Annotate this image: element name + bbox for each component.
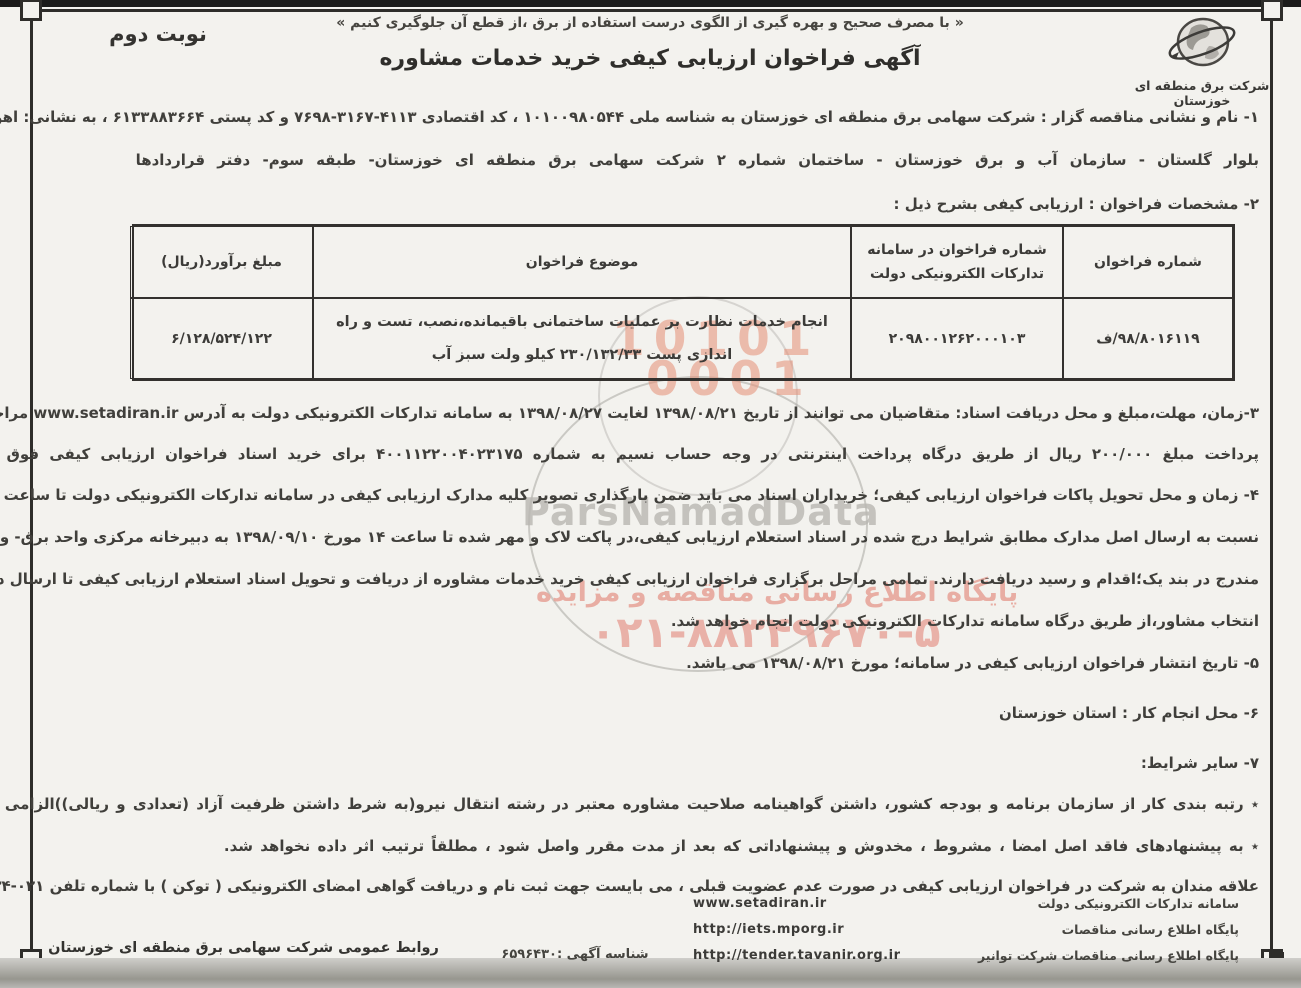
clause-4-line-4: انتخاب مشاور،از طریق درگاه سامانه تدارکا… [43, 608, 1259, 634]
footer-site-label-iets: پایگاه اطلاع رسانی مناقصات [939, 922, 1239, 937]
clause-4-line-2: نسبت به ارسال اصل مدارک مطابق شرایط درج … [43, 524, 1259, 550]
company-logo-icon [1163, 12, 1241, 76]
table-header-call-number: شماره فراخوان [1063, 226, 1233, 298]
tender-table: شماره فراخوان شماره فراخوان در سامانه تد… [132, 224, 1235, 381]
table-header-estimate: مبلغ برآورد(ریال) [130, 226, 313, 298]
table-header-subject: موضوع فراخوان [313, 226, 851, 298]
footer-site-label-tavanir: پایگاه اطلاع رسانی مناقصات شرکت توانیر [939, 948, 1239, 963]
clause-2: ۲- مشخصات فراخوان : ارزیابی کیفی بشرح ذی… [43, 191, 1259, 217]
clause-4-line-1: ۴- زمان و محل تحویل پاکات فراخوان ارزیاب… [43, 482, 1259, 508]
clause-7: ۷- سایر شرایط: [43, 750, 1259, 776]
footer-site-url-tavanir: http://tender.tavanir.org.ir [693, 948, 933, 963]
footer-site-label-setad: سامانه تدارکات الکترونیکی دولت [939, 896, 1239, 911]
clause-3-line-2: پرداخت مبلغ ۲۰۰/۰۰۰ ریال از طریق درگاه پ… [43, 441, 1259, 467]
footer-site-url-iets: http://iets.mporg.ir [693, 922, 933, 937]
table-cell-estimate: ۶/۱۲۸/۵۲۴/۱۲۲ [130, 298, 313, 379]
table-cell-subject: انجام خدمات نظارت بر عملیات ساختمانی باق… [313, 298, 851, 379]
public-relations-signature: روابط عمومی شرکت سهامی برق منطقه ای خوزس… [36, 940, 451, 956]
footer-site-url-setad: www.setadiran.ir [693, 896, 933, 911]
condition-note-2: ٭ به پیشنهادهای فاقد اصل امضا ، مشروط ، … [43, 833, 1259, 859]
ad-identifier: شناسه آگهی :۶۵۹۶۴۳۰ [470, 947, 680, 962]
clause-4-line-3: مندرج در بند یک؛اقدام و رسید دریافت دارن… [43, 566, 1259, 592]
page-title: آگهی فراخوان ارزیابی کیفی خرید خدمات مشا… [285, 46, 1015, 71]
condition-note-1: ٭ رتبه بندی کار از سازمان برنامه و بودجه… [43, 791, 1259, 817]
clause-5: ۵- تاریخ انتشار فراخوان ارزیابی کیفی در … [43, 650, 1259, 676]
clause-6: ۶- محل انجام کار : استان خوزستان [43, 700, 1259, 726]
clause-1-line-2: بلوار گلستان - سازمان آب و برق خوزستان -… [43, 147, 1259, 173]
clause-1-line-1: ۱- نام و نشانی مناقصه گزار : شرکت سهامی … [43, 104, 1259, 130]
table-cell-setad-number: ۲۰۹۸۰۰۱۲۶۲۰۰۰۱۰۳ [851, 298, 1063, 379]
document-content: نوبت دوم « با مصرف صحیح و بهره گیری از ا… [0, 0, 1301, 988]
round-note: نوبت دوم [78, 22, 238, 46]
company-logo-block: شرکت برق منطقه ای خوزستان [1122, 12, 1282, 108]
scanned-tender-announcement: 10101 0001 ParsNamadData پایگاه اطلاع رس… [0, 0, 1301, 988]
table-cell-call-number: ۹۸/۸۰۱۶۱۱۹/ف [1063, 298, 1233, 379]
clause-3-line-1: ۳-زمان، مهلت،مبلغ و محل دریافت اسناد: مت… [43, 400, 1259, 426]
table-header-setad-number: شماره فراخوان در سامانه تدارکات الکترونی… [851, 226, 1063, 298]
energy-slogan: « با مصرف صحیح و بهره گیری از الگوی درست… [285, 15, 1015, 31]
